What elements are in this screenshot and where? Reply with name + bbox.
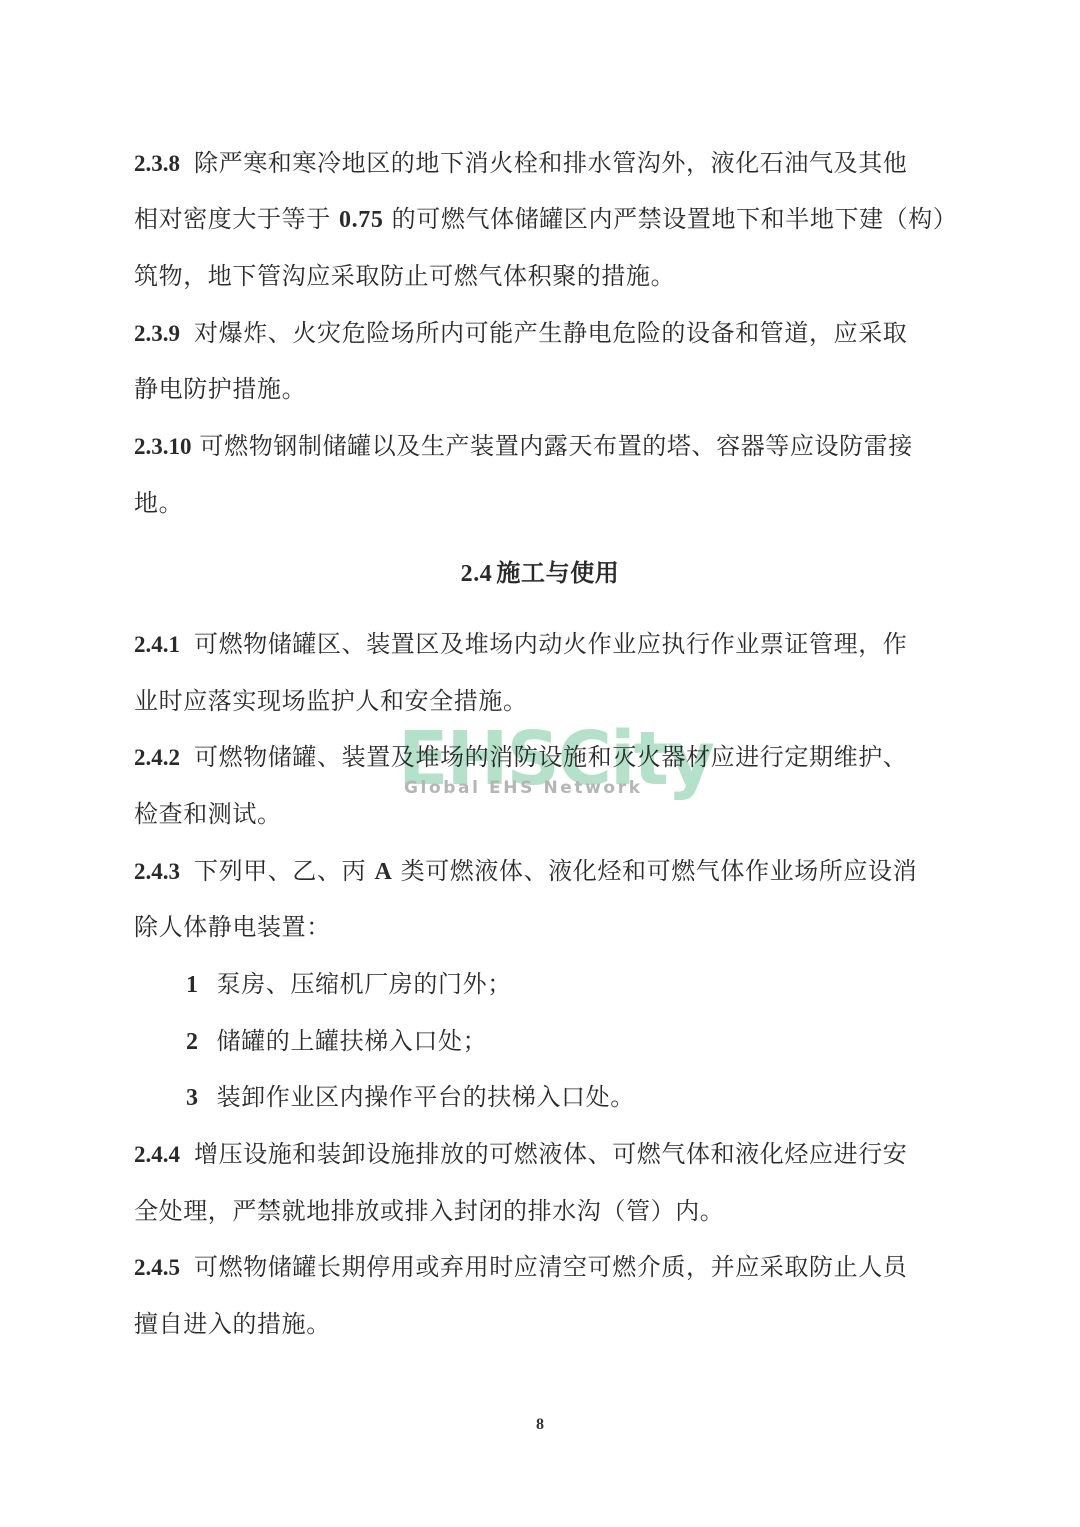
clause-2-4-4-line-1: 2.4.4增压设施和装卸设施排放的可燃液体、可燃气体和液化烃应进行安: [134, 1139, 907, 1170]
clause-text: 静电防护措施。: [134, 375, 306, 403]
clause-2-4-5-line-2: 擅自进入的措施。: [134, 1309, 331, 1339]
clause-number: 2.3.10: [134, 434, 192, 459]
list-item: 1泵房、压缩机厂房的门外；: [186, 969, 512, 1000]
clause-text: 增压设施和装卸设施排放的可燃液体、可燃气体和液化烃应进行安: [194, 1140, 907, 1168]
clause-2-4-2-line-1: 2.4.2可燃物储罐、装置及堆场的消防设施和灭火器材应进行定期维护、: [134, 742, 907, 773]
clause-2-4-4-line-2: 全处理，严禁就地排放或排入封闭的排水沟（管）内。: [134, 1196, 724, 1226]
clause-number: 2.3.8: [134, 151, 180, 176]
clause-2-4-2-line-2: 检查和测试。: [134, 799, 282, 829]
class-letter: A: [374, 859, 392, 885]
clause-text: 相对密度大于等于: [134, 205, 339, 233]
clause-text: 全处理，严禁就地排放或排入封闭的排水沟（管）内。: [134, 1197, 724, 1225]
clause-text: 擅自进入的措施。: [134, 1310, 331, 1338]
clause-text: 除严寒和寒冷地区的地下消火栓和排水管沟外，液化石油气及其他: [194, 149, 907, 177]
clause-number: 2.4.3: [134, 859, 180, 884]
list-item-text: 装卸作业区内操作平台的扶梯入口处。: [217, 1083, 635, 1111]
clause-2-3-8-line-1: 2.3.8除严寒和寒冷地区的地下消火栓和排水管沟外，液化石油气及其他: [134, 148, 907, 179]
section-number: 2.4: [461, 561, 493, 587]
watermark-subtitle: Global EHS Network: [404, 778, 643, 798]
list-item: 2储罐的上罐扶梯入口处；: [186, 1026, 487, 1057]
clause-2-3-10-line-1: 2.3.10可燃物钢制储罐以及生产装置内露天布置的塔、容器等应设防雷接: [134, 431, 913, 462]
clause-2-3-9-line-2: 静电防护措施。: [134, 374, 306, 404]
clause-number: 2.4.4: [134, 1142, 180, 1167]
clause-text: 下列甲、乙、丙: [194, 857, 374, 885]
list-item: 3装卸作业区内操作平台的扶梯入口处。: [186, 1082, 635, 1113]
document-page: 2.3.8除严寒和寒冷地区的地下消火栓和排水管沟外，液化石油气及其他 相对密度大…: [0, 0, 1080, 1527]
clause-text: 地。: [134, 489, 183, 517]
list-item-number: 1: [186, 972, 199, 998]
clause-2-3-9-line-1: 2.3.9对爆炸、火灾危险场所内可能产生静电危险的设备和管道，应采取: [134, 318, 907, 349]
clause-number: 2.4.1: [134, 632, 180, 657]
clause-2-4-1-line-1: 2.4.1可燃物储罐区、装置区及堆场内动火作业应执行作业票证管理，作: [134, 629, 907, 660]
page-number: 8: [0, 1416, 1080, 1434]
clause-text: 类可燃液体、液化烃和可燃气体作业场所应设消: [392, 857, 917, 885]
clause-2-3-10-line-2: 地。: [134, 488, 183, 518]
clause-text: 可燃物储罐区、装置区及堆场内动火作业应执行作业票证管理，作: [194, 630, 907, 658]
clause-number: 2.3.9: [134, 321, 180, 346]
clause-text: 可燃物钢制储罐以及生产装置内露天布置的塔、容器等应设防雷接: [200, 432, 913, 460]
list-item-number: 2: [186, 1029, 199, 1055]
section-heading: 2.4施工与使用: [0, 558, 1080, 589]
clause-2-4-3-line-1: 2.4.3下列甲、乙、丙 A 类可燃液体、液化烃和可燃气体作业场所应设消: [134, 856, 917, 887]
clause-2-4-3-line-2: 除人体静电装置：: [134, 912, 331, 942]
clause-2-4-1-line-2: 业时应落实现场监护人和安全措施。: [134, 686, 528, 716]
clause-2-3-8-line-2: 相对密度大于等于 0.75 的可燃气体储罐区内严禁设置地下和半地下建（构）: [134, 204, 957, 235]
list-item-number: 3: [186, 1085, 199, 1111]
clause-text: 筑物，地下管沟应采取防止可燃气体积聚的措施。: [134, 262, 675, 290]
clause-text: 除人体静电装置：: [134, 913, 331, 941]
section-title: 施工与使用: [496, 558, 619, 587]
density-value: 0.75: [339, 207, 383, 233]
clause-text: 可燃物储罐长期停用或弃用时应清空可燃介质，并应采取防止人员: [194, 1253, 907, 1281]
clause-text: 的可燃气体储罐区内严禁设置地下和半地下建（构）: [383, 205, 957, 233]
list-item-text: 储罐的上罐扶梯入口处；: [217, 1027, 488, 1055]
clause-number: 2.4.5: [134, 1255, 180, 1280]
list-item-text: 泵房、压缩机厂房的门外；: [217, 970, 512, 998]
clause-2-4-5-line-1: 2.4.5可燃物储罐长期停用或弃用时应清空可燃介质，并应采取防止人员: [134, 1252, 907, 1283]
clause-text: 业时应落实现场监护人和安全措施。: [134, 687, 528, 715]
clause-text: 对爆炸、火灾危险场所内可能产生静电危险的设备和管道，应采取: [194, 319, 907, 347]
clause-2-3-8-line-3: 筑物，地下管沟应采取防止可燃气体积聚的措施。: [134, 261, 675, 291]
clause-text: 检查和测试。: [134, 800, 282, 828]
clause-text: 可燃物储罐、装置及堆场的消防设施和灭火器材应进行定期维护、: [194, 743, 907, 771]
clause-number: 2.4.2: [134, 745, 180, 770]
